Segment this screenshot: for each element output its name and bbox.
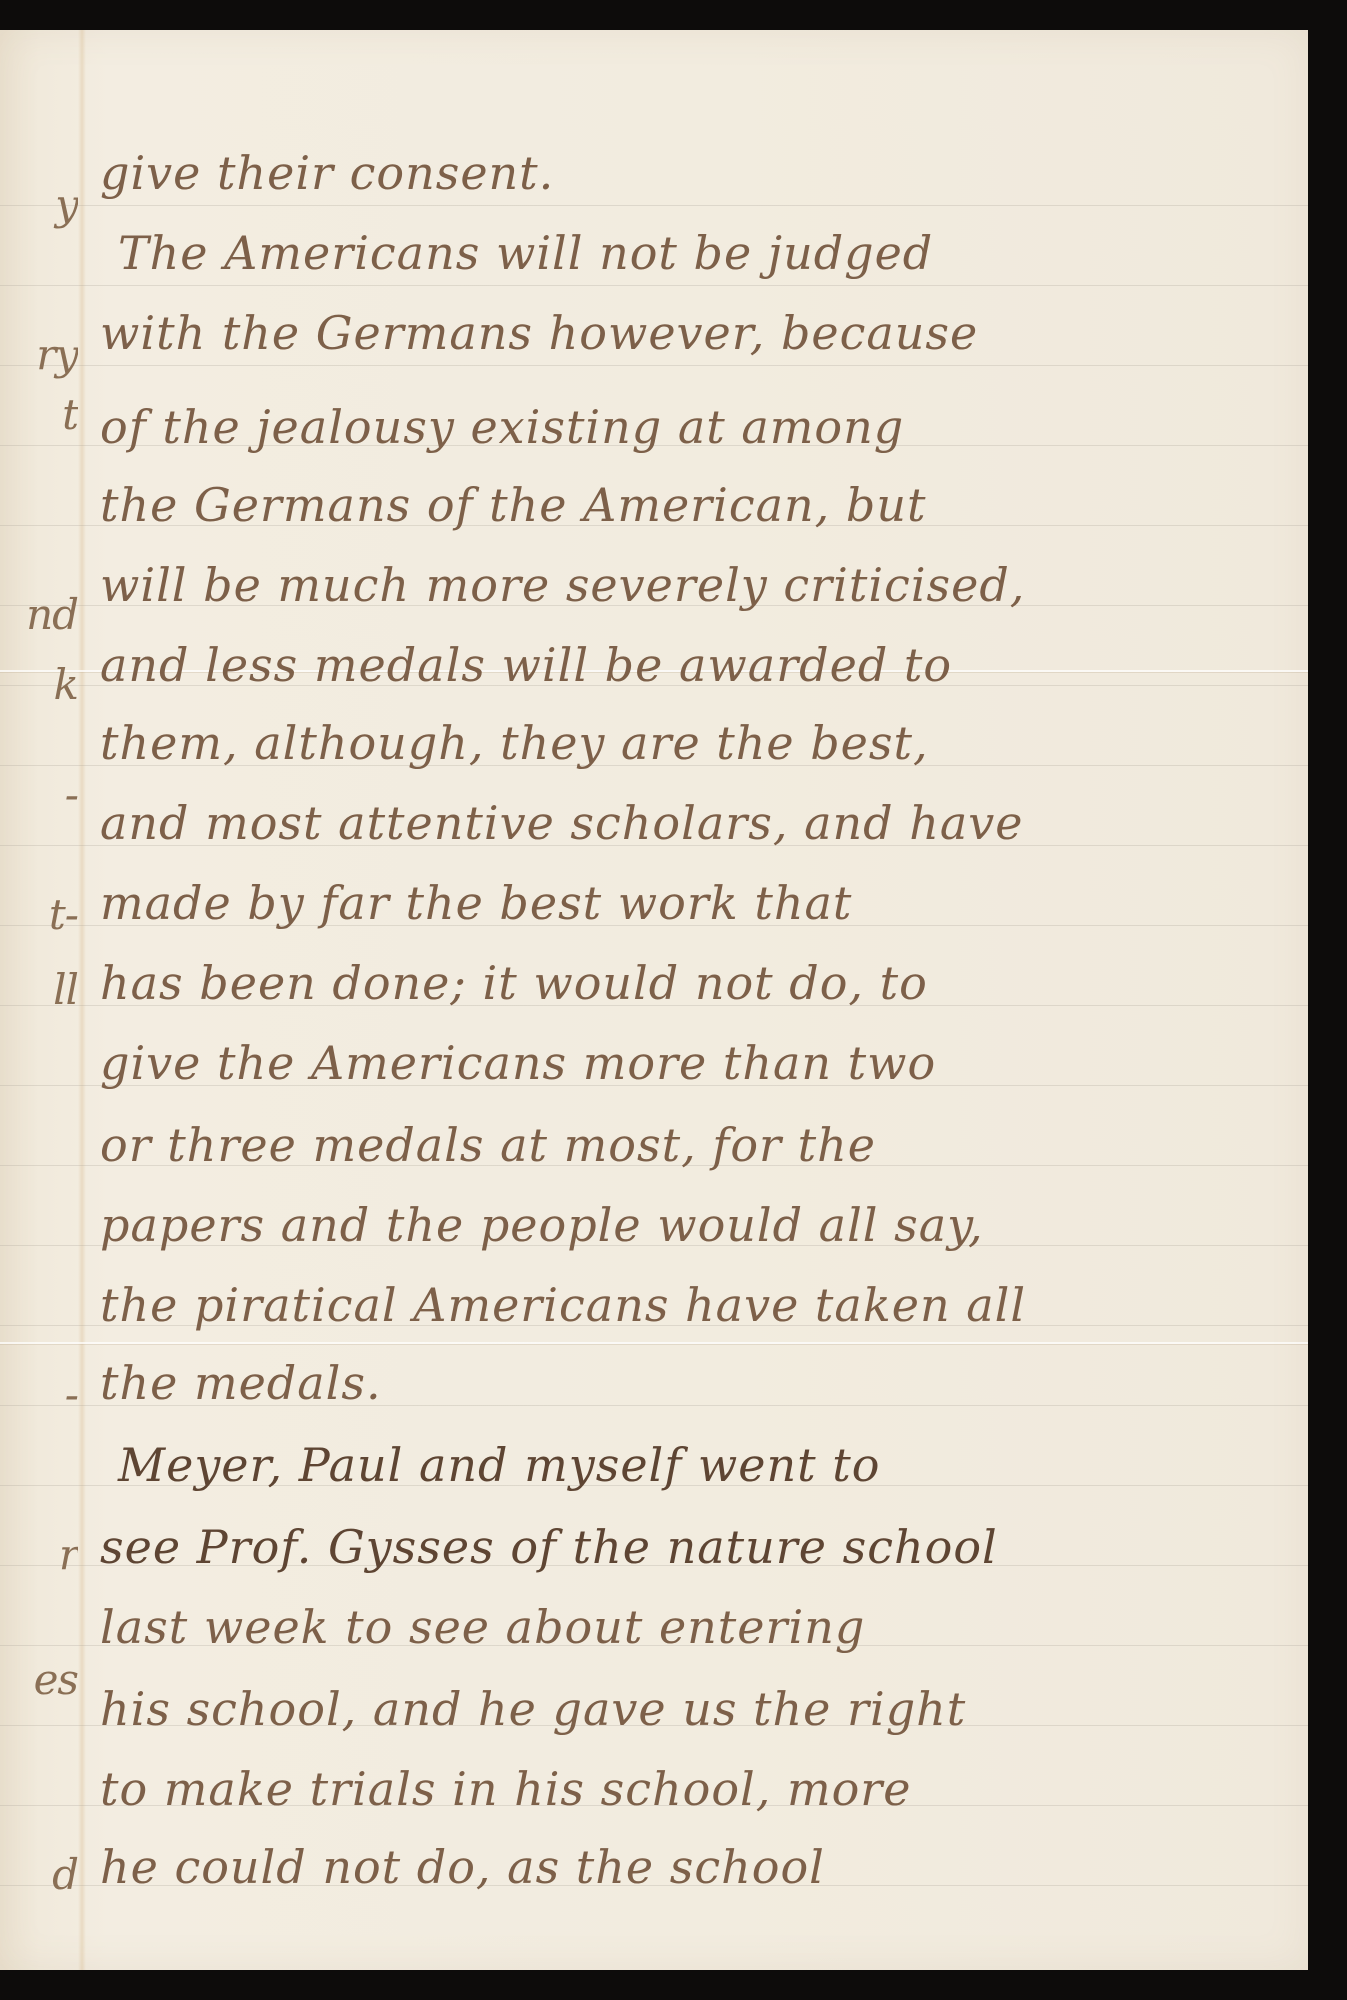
ruled-line xyxy=(0,205,1308,206)
margin-fragment: nd xyxy=(0,590,78,639)
handwritten-line: give the Americans more than two xyxy=(100,1036,1300,1090)
handwritten-line: Meyer, Paul and myself went to xyxy=(118,1438,1318,1492)
margin-fragment: t xyxy=(0,390,78,439)
handwritten-line: he could not do, as the school xyxy=(100,1840,1300,1894)
margin-fragment: y xyxy=(0,180,78,229)
letter-page: y ry t nd k - t- ll - r es d give their … xyxy=(0,30,1308,1970)
margin-fragment: t- xyxy=(0,890,78,939)
handwritten-line: his school, and he gave us the right xyxy=(100,1682,1300,1736)
handwritten-line: of the jealousy existing at among xyxy=(100,400,1300,454)
handwritten-line: has been done; it would not do, to xyxy=(100,956,1300,1010)
handwritten-line: and less medals will be awarded to xyxy=(100,638,1300,692)
margin-fragment: ll xyxy=(0,965,78,1014)
handwritten-line: the Germans of the American, but xyxy=(100,478,1300,532)
handwritten-line: with the Germans however, because xyxy=(100,306,1300,360)
handwritten-line: to make trials in his school, more xyxy=(100,1762,1300,1816)
handwritten-line: made by far the best work that xyxy=(100,876,1300,930)
handwritten-line: give their consent. xyxy=(100,146,1300,200)
handwritten-line: or three medals at most, for the xyxy=(100,1118,1300,1172)
handwritten-line: and most attentive scholars, and have xyxy=(100,796,1300,850)
margin-fragment: es xyxy=(0,1655,78,1704)
vertical-fold-crease xyxy=(78,30,86,1970)
handwritten-line: papers and the people would all say, xyxy=(100,1198,1300,1252)
margin-fragment: r xyxy=(0,1530,78,1579)
handwritten-line: see Prof. Gysses of the nature school xyxy=(100,1520,1300,1574)
margin-fragment: - xyxy=(0,770,78,819)
margin-fragment: ry xyxy=(0,330,78,379)
margin-fragment: d xyxy=(0,1850,78,1899)
ruled-line xyxy=(0,285,1308,286)
margin-fragment: - xyxy=(0,1370,78,1419)
handwritten-line: them, although, they are the best, xyxy=(100,716,1300,770)
horizontal-fold-crease xyxy=(0,1342,1308,1344)
ruled-line xyxy=(0,365,1308,366)
handwritten-line: The Americans will not be judged xyxy=(118,226,1318,280)
handwritten-line: the medals. xyxy=(100,1356,1300,1410)
margin-fragment: k xyxy=(0,660,78,709)
handwritten-line: last week to see about entering xyxy=(100,1600,1300,1654)
handwritten-line: will be much more severely criticised, xyxy=(100,558,1300,612)
handwritten-line: the piratical Americans have taken all xyxy=(100,1278,1300,1332)
